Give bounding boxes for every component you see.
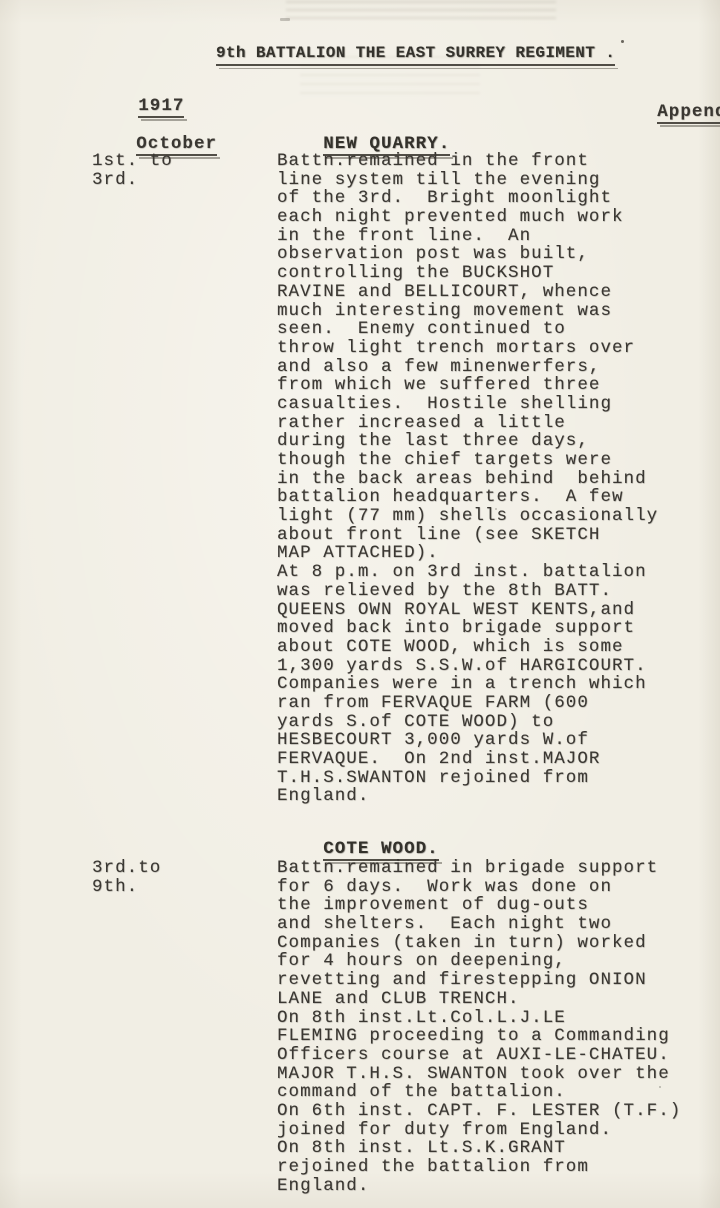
entry-text-cote-wood: Battn.remained in brigade supportfor 6 d… (277, 859, 681, 1195)
text-line: command of the battalion. (277, 1083, 681, 1102)
text-line: T.H.S.SWANTON rejoined from (277, 769, 658, 788)
text-line: was relieved by the 8th BATT. (277, 582, 658, 601)
ink-speck (621, 40, 624, 43)
text-line: much interesting movement was (277, 302, 658, 321)
date-range-cote-wood: 3rd.to9th. (92, 859, 161, 896)
text-line: MAP ATTACHED). (277, 544, 658, 563)
text-line: 1st. to (92, 152, 173, 171)
text-line: casualties. Hostile shelling (277, 395, 658, 414)
text-line: Officers course at AUXI-LE-CHATEU. (277, 1046, 681, 1065)
text-line: QUEENS OWN ROYAL WEST KENTS,and (277, 601, 658, 620)
text-line: HESBECOURT 3,000 yards W.of (277, 731, 658, 750)
text-line: England. (277, 787, 658, 806)
text-line: the improvement of dug-outs (277, 896, 681, 915)
text-line: for 6 days. Work was done on (277, 878, 681, 897)
text-line: battalion headquarters. A few (277, 488, 658, 507)
text-line: though the chief targets were (277, 451, 658, 470)
text-line: from which we suffered three (277, 376, 658, 395)
text-line: rejoined the battalion from (277, 1158, 681, 1177)
text-line: each night prevented much work (277, 208, 658, 227)
text-line: moved back into brigade support (277, 619, 658, 638)
text-line: RAVINE and BELLICOURT, whence (277, 283, 658, 302)
text-line: Companies (taken in turn) worked (277, 934, 681, 953)
text-line: of the 3rd. Bright moonlight (277, 189, 658, 208)
text-line: during the last three days, (277, 432, 658, 451)
ink-speck (280, 18, 290, 21)
text-line: about front line (see SKETCH (277, 526, 658, 545)
text-line: controlling the BUCKSHOT (277, 264, 658, 283)
text-line: Battn.remained in the front (277, 152, 658, 171)
text-line: light (77 mm) shells occasionally (277, 507, 658, 526)
text-line: for 4 hours on deepening, (277, 952, 681, 971)
text-line: rather increased a little (277, 414, 658, 433)
text-line: On 8th inst. Lt.S.K.GRANT (277, 1139, 681, 1158)
appendix-label: Appendix (611, 84, 720, 143)
bleed-through-ghosting (286, 1, 556, 25)
text-line: On 8th inst.Lt.Col.L.J.LE (277, 1009, 681, 1028)
text-line: Battn.remained in brigade support (277, 859, 681, 878)
text-line: MAJOR T.H.S. SWANTON took over the (277, 1065, 681, 1084)
text-line: joined for duty from England. (277, 1121, 681, 1140)
text-line: 3rd. (92, 171, 173, 190)
text-line: At 8 p.m. on 3rd inst. battalion (277, 563, 658, 582)
text-line: line system till the evening (277, 171, 658, 190)
text-line: LANE and CLUB TRENCH. (277, 990, 681, 1009)
page-title: 9th BATTALION THE EAST SURREY REGIMENT . (176, 25, 615, 85)
text-line: yards S.of COTE WOOD) to (277, 713, 658, 732)
text-line: FLEMING proceeding to a Commanding (277, 1027, 681, 1046)
text-line: 3rd.to (92, 859, 161, 878)
war-diary-page: 9th BATTALION THE EAST SURREY REGIMENT .… (0, 0, 720, 1208)
text-line: England. (277, 1177, 681, 1196)
text-line: in the back areas behind behind (277, 470, 658, 489)
page-title-text: 9th BATTALION THE EAST SURREY REGIMENT . (216, 44, 615, 67)
text-line: revetting and firestepping ONION (277, 971, 681, 990)
text-line: ran from FERVAQUE FARM (600 (277, 694, 658, 713)
text-line: and also a few minenwerfers, (277, 358, 658, 377)
text-line: On 6th inst. CAPT. F. LESTER (T.F.) (277, 1102, 681, 1121)
date-range-new-quarry: 1st. to3rd. (92, 152, 173, 189)
entry-text-new-quarry: Battn.remained in the frontline system t… (277, 152, 658, 806)
text-line: about COTE WOOD, which is some (277, 638, 658, 657)
text-line: and shelters. Each night two (277, 915, 681, 934)
text-line: observation post was built, (277, 245, 658, 264)
text-line: throw light trench mortars over (277, 339, 658, 358)
text-line: in the front line. An (277, 227, 658, 246)
text-line: 9th. (92, 878, 161, 897)
text-line: FERVAQUE. On 2nd inst.MAJOR (277, 750, 658, 769)
text-line: seen. Enemy continued to (277, 320, 658, 339)
text-line: 1,300 yards S.S.W.of HARGICOURT. (277, 657, 658, 676)
text-line: Companies were in a trench which (277, 675, 658, 694)
